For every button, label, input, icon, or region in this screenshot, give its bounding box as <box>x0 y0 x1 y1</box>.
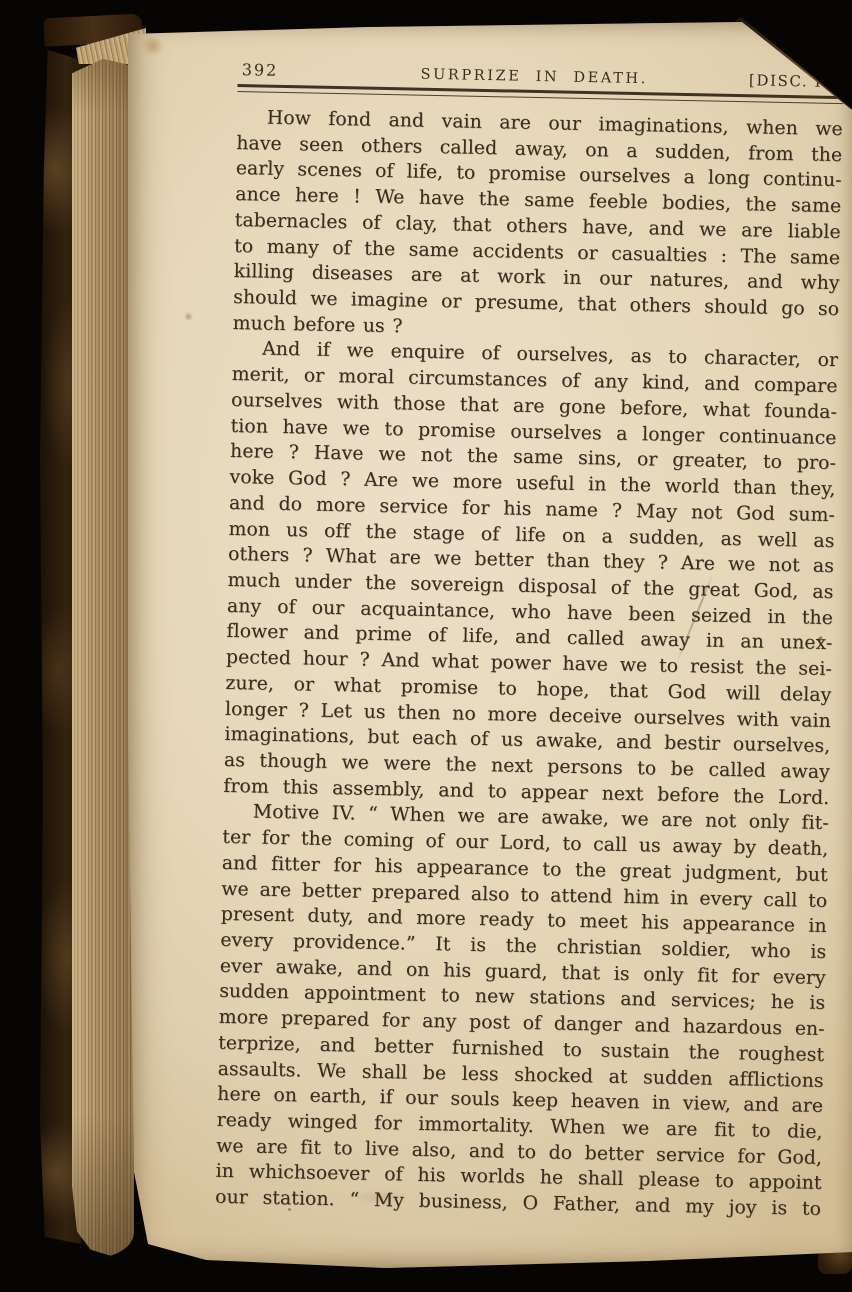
page-fore-edge-stack <box>72 54 134 1258</box>
foxing-spot <box>142 36 164 56</box>
page-number: 392 <box>238 60 337 81</box>
page-body-lines: How fond and vain are our imaginations, … <box>215 105 843 1223</box>
running-title: SURPRIZE IN DEATH. <box>337 65 732 89</box>
book-scan-scene: 392 SURPRIZE IN DEATH. [DISC. III. How f… <box>0 0 852 1292</box>
page-text-block: 392 SURPRIZE IN DEATH. [DISC. III. How f… <box>215 60 844 1223</box>
foxing-spot <box>184 312 193 321</box>
book-page: 392 SURPRIZE IN DEATH. [DISC. III. How f… <box>128 22 852 1268</box>
